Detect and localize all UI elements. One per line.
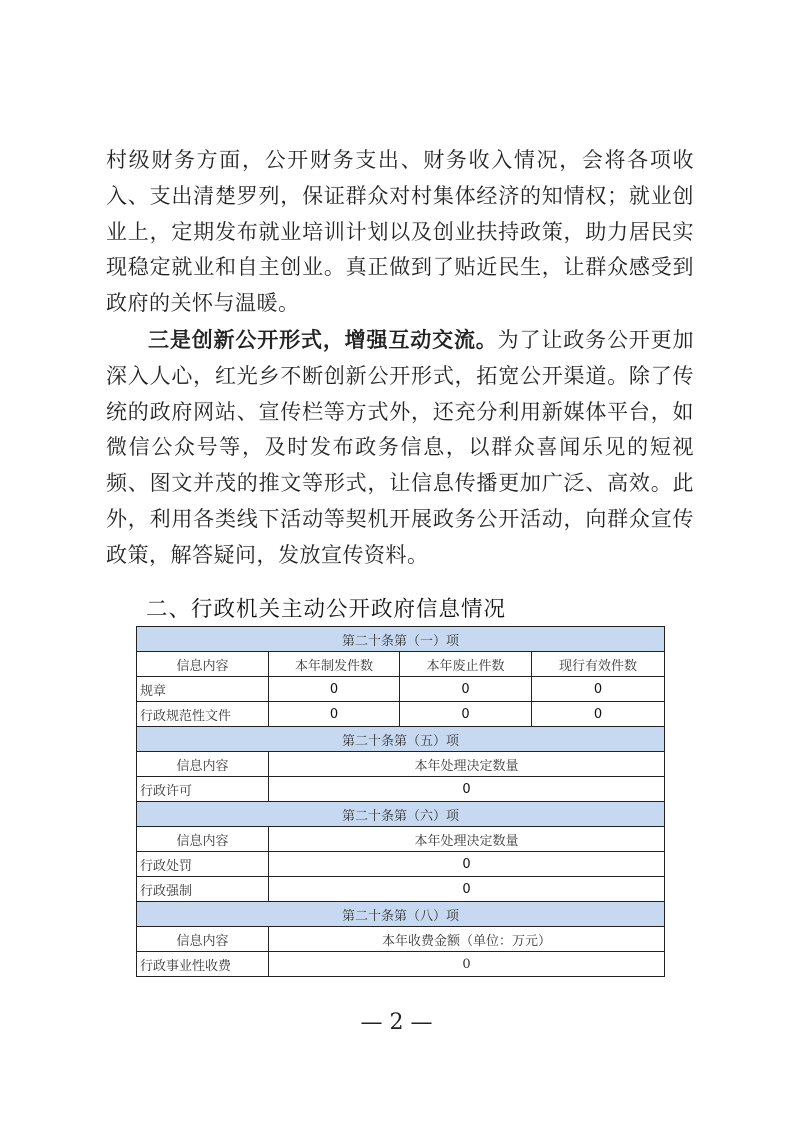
column-header: 信息内容 bbox=[137, 752, 269, 777]
info-table: 第二十条第（一）项 信息内容 本年制发件数 本年废止件数 现行有效件数 规章 0… bbox=[136, 626, 665, 977]
column-header-row: 信息内容 本年制发件数 本年废止件数 现行有效件数 bbox=[137, 652, 665, 677]
body-text: 村级财务方面，公开财务支出、财务收入情况，会将各项收入、支出清楚罗列，保证群众对… bbox=[106, 143, 694, 574]
paragraph-1: 村级财务方面，公开财务支出、财务收入情况，会将各项收入、支出清楚罗列，保证群众对… bbox=[106, 143, 694, 322]
column-header-row: 信息内容 本年收费金额（单位：万元） bbox=[137, 927, 665, 952]
column-header-row: 信息内容 本年处理决定数量 bbox=[137, 827, 665, 852]
paragraph-lead: 三是创新公开形式，增强互动交流。 bbox=[148, 327, 498, 352]
section-header-row: 第二十条第（六）项 bbox=[137, 802, 665, 827]
section-title: 二、行政机关主动公开政府信息情况 bbox=[146, 592, 506, 623]
table-row: 行政许可 0 bbox=[137, 777, 665, 802]
row-label: 行政许可 bbox=[137, 777, 269, 802]
page-number: — 2 — bbox=[0, 1010, 793, 1035]
cell-value: 0 bbox=[400, 702, 532, 727]
paragraph-text: 为了让政务公开更加深入人心，红光乡不断创新公开形式，拓宽公开渠道。除了传统的政府… bbox=[106, 328, 694, 567]
column-header: 本年处理决定数量 bbox=[269, 827, 665, 852]
row-label: 行政事业性收费 bbox=[137, 952, 269, 977]
cell-value: 0 bbox=[269, 877, 665, 902]
row-label: 行政规范性文件 bbox=[137, 702, 269, 727]
cell-value: 0 bbox=[269, 777, 665, 802]
cell-value: 0 bbox=[400, 677, 532, 702]
section-title-cell: 第二十条第（五）项 bbox=[137, 727, 665, 752]
cell-value: 0 bbox=[269, 702, 400, 727]
cell-value: 0 bbox=[532, 702, 665, 727]
section-title-cell: 第二十条第（一）项 bbox=[137, 627, 665, 652]
column-header: 本年废止件数 bbox=[400, 652, 532, 677]
row-label: 行政强制 bbox=[137, 877, 269, 902]
paragraph-text: 村级财务方面，公开财务支出、财务收入情况，会将各项收入、支出清楚罗列，保证群众对… bbox=[106, 148, 694, 315]
table-row: 行政事业性收费 0 bbox=[137, 952, 665, 977]
column-header: 信息内容 bbox=[137, 827, 269, 852]
table-row: 行政规范性文件 0 0 0 bbox=[137, 702, 665, 727]
cell-value: 0 bbox=[269, 677, 400, 702]
column-header: 现行有效件数 bbox=[532, 652, 665, 677]
section-header-row: 第二十条第（一）项 bbox=[137, 627, 665, 652]
column-header: 本年收费金额（单位：万元） bbox=[269, 927, 665, 952]
cell-value: 0 bbox=[532, 677, 665, 702]
section-header-row: 第二十条第（八）项 bbox=[137, 902, 665, 927]
row-label: 规章 bbox=[137, 677, 269, 702]
row-label: 行政处罚 bbox=[137, 852, 269, 877]
table-row: 规章 0 0 0 bbox=[137, 677, 665, 702]
cell-value: 0 bbox=[269, 952, 665, 977]
column-header: 信息内容 bbox=[137, 927, 269, 952]
column-header: 信息内容 bbox=[137, 652, 269, 677]
table-row: 行政强制 0 bbox=[137, 877, 665, 902]
column-header: 本年处理决定数量 bbox=[269, 752, 665, 777]
section-header-row: 第二十条第（五）项 bbox=[137, 727, 665, 752]
table-row: 行政处罚 0 bbox=[137, 852, 665, 877]
section-title-cell: 第二十条第（八）项 bbox=[137, 902, 665, 927]
column-header-row: 信息内容 本年处理决定数量 bbox=[137, 752, 665, 777]
paragraph-2: 三是创新公开形式，增强互动交流。为了让政务公开更加深入人心，红光乡不断创新公开形… bbox=[106, 322, 694, 574]
cell-value: 0 bbox=[269, 852, 665, 877]
column-header: 本年制发件数 bbox=[269, 652, 400, 677]
section-title-cell: 第二十条第（六）项 bbox=[137, 802, 665, 827]
